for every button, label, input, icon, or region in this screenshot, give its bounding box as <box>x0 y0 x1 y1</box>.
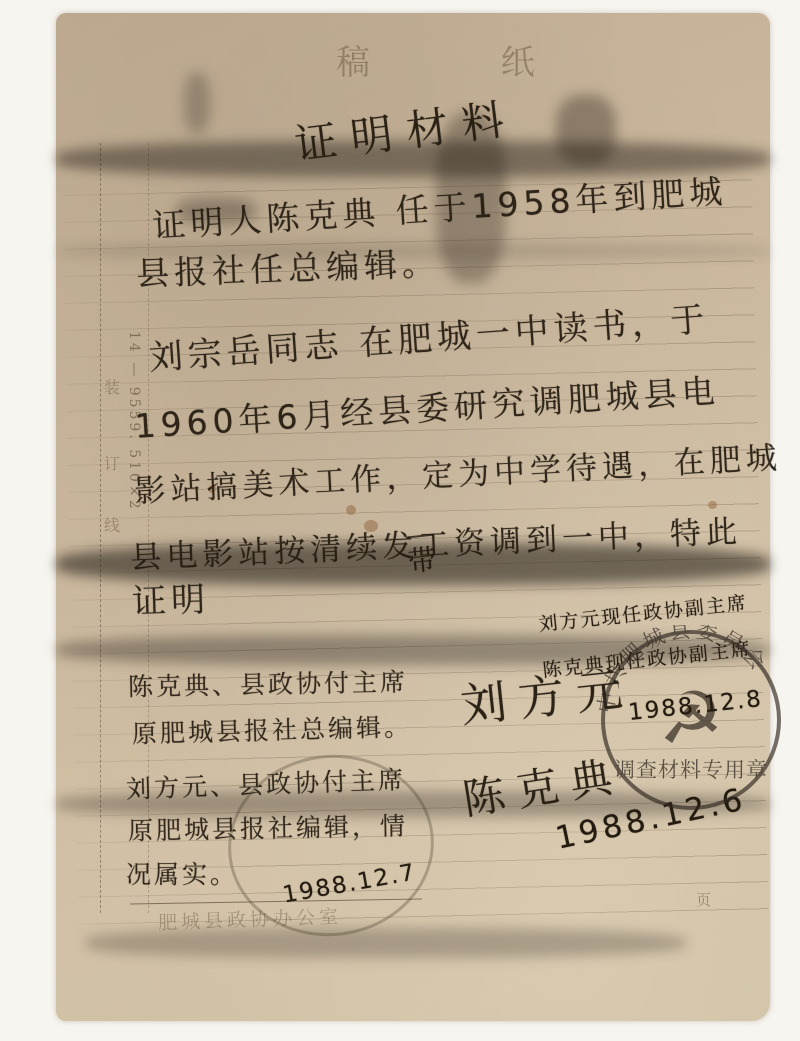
left-note-line-2: 原肥城县报社总编辑。 <box>132 707 413 750</box>
toner-smudge <box>184 73 210 133</box>
page-header-title: 稿 纸 <box>336 35 595 84</box>
left-note-line-1: 陈克典、县政协付主席 <box>128 663 409 704</box>
scanned-document-page: { "document": { "header_title": "稿 纸", "… <box>0 0 800 1041</box>
stamp-graphic: 中共肥城县委员会 ☭ 调查材料专用章 <box>596 625 786 815</box>
binding-char-bottom: 线 <box>104 513 120 536</box>
binding-char-mid: 订 <box>104 451 120 474</box>
stamp-bottom-text: 调查材料专用章 <box>614 758 768 782</box>
paper-stain <box>346 505 356 515</box>
official-round-stamp: 中共肥城县委员会 ☭ 调查材料专用章 <box>596 625 786 815</box>
manuscript-paper-sheet: 装 订 线 14 — 9559. 510×2 稿 纸 证明材料 证明人陈克典 任… <box>56 13 770 1021</box>
footer-page-char: 页 <box>696 889 711 910</box>
inserted-character: 带 <box>406 534 438 581</box>
left-note-line-5: 况属实。 <box>126 855 238 891</box>
body-line-7: 证明 <box>131 572 211 624</box>
binding-char-top: 装 <box>104 375 120 398</box>
toner-smudge <box>556 95 616 165</box>
